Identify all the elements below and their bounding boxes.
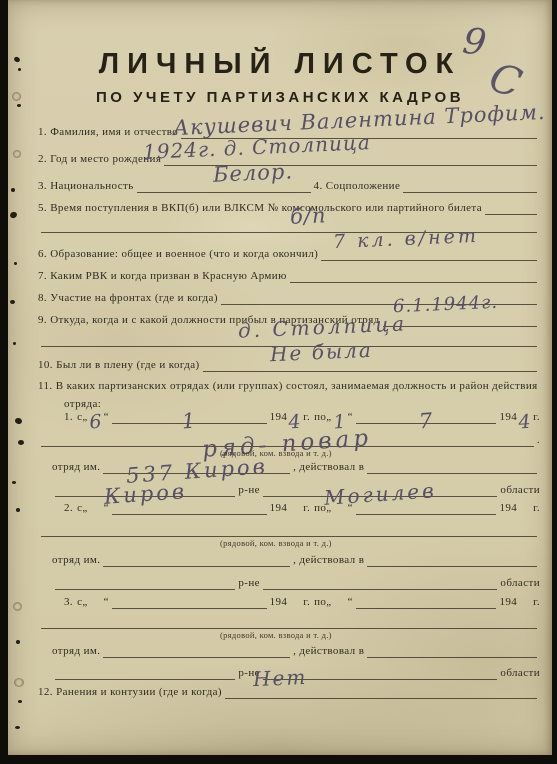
entry-1-acted-line [367,458,537,474]
entry-2-district-row: р-не области [52,573,540,590]
field-7-label: 7. Каким РВК и когда призван в Красную А… [38,270,287,283]
entry-1-to-year-suffix: г. [533,411,540,424]
punch-hole [14,678,24,687]
field-4-line [403,177,537,193]
entry-1-region-line: Могилев [263,481,498,497]
form-title: ЛИЧНЫЙ ЛИСТОК [8,48,552,81]
entry-1-to-month: 7 [418,415,435,426]
paper-sheet: 9 С ЛИЧНЫЙ ЛИСТОК ПО УЧЕТУ ПАРТИЗАНСКИХ … [8,0,552,755]
entry-1-unit-line: 537 Киров [103,458,290,474]
entry-3-number: 3. [64,596,73,609]
entry-1-acted-label: , действовал в [293,461,364,474]
entry-3-position-row [38,612,540,629]
paper-speck [14,417,22,425]
entry-1-oblast-label: области [500,484,540,497]
entry-1-to-month-line: 7 [356,408,497,424]
entry-3-acted-label: , действовал в [293,645,364,658]
paper-speck [16,640,20,644]
paper-speck [12,481,16,484]
field-12-label: 12. Ранения и контузии (где и когда) [38,686,222,699]
entry-2-district-line [55,574,235,590]
entry-1-to-year-digit: 4 [517,416,534,427]
field-11-header: 11. В каких партизанских отрядах (или гр… [38,376,540,393]
entry-1-number: 1. [64,411,73,424]
entry-1-district-line: Киров [55,481,235,497]
entry-2-from-year-digit [287,517,303,518]
paper-speck [11,188,15,192]
field-12-value: Нет [253,665,308,691]
entry-3-to-month-line [356,593,497,609]
entry-1-quote-close2: “ [348,411,353,424]
entry-2-to-day [332,517,348,518]
entry-2-from-year-prefix: 194 [270,502,288,515]
entry-3-unit-row: отряд им. , действовал в [52,641,540,658]
entry-3-unit-line [103,642,290,658]
field-7-line [290,267,537,283]
entry-1-unit-label: отряд им. [52,461,100,474]
entry-1-unit-row: отряд им. 537 Киров , действовал в [52,457,540,474]
entry-1-to-label: по [314,411,326,424]
entry-2-position-row [38,520,540,537]
field-10-value: Не была [270,338,374,366]
entry-2-rne-label: р-не [238,577,260,590]
entry-1-position-row: ряд- повар . [38,430,540,447]
field-6-label: 6. Образование: общее и военное (что и к… [38,248,318,261]
entry-2-position-line [41,521,537,537]
entry-3-from-month-line [112,593,267,609]
paper-speck [10,300,15,304]
entry-3-oblast-label: области [500,667,540,680]
entry-1-quote-close: “ [104,411,109,424]
entry-2-from-day [88,517,104,518]
entry-1-district-row: Киров р-не Могилев области [52,480,540,497]
entry-2-unit-row: отряд им. , действовал в [52,550,540,567]
paper-speck [15,726,20,729]
entry-3-caption: (рядовой, ком. взвода и т. д.) [220,630,332,640]
entry-3-district-line [55,664,235,680]
field-8-label: 8. Участие на фронтах (где и когда) [38,292,218,305]
paper-speck [16,508,20,512]
entry-2-caption: (рядовой, ком. взвода и т. д.) [220,538,332,548]
paper-speck [9,211,18,219]
entry-3-quote-close: “ [104,596,109,609]
entry-3-from-year-suffix: г. [303,596,310,609]
entry-1-from-year-prefix: 194 [270,411,288,424]
field-1-label: 1. Фамилия, имя и отчество [38,126,178,139]
entry-2-region-line [263,574,498,590]
entry-2-dates-row: 2. с „ “ 194 г. по „ “ 194 г. [64,498,540,515]
entry-1-rne-label: р-не [238,484,260,497]
scanned-document: 9 С ЛИЧНЫЙ ЛИСТОК ПО УЧЕТУ ПАРТИЗАНСКИХ … [0,0,557,764]
entry-2-quote-close: “ [104,502,109,515]
entry-2-from-year-suffix: г. [303,502,310,515]
entry-1-end-dot: . [537,434,540,447]
entry-3-quote-close2: “ [348,596,353,609]
entry-3-to-year-prefix: 194 [499,596,517,609]
entry-1-from-year-digit: 4 [287,416,304,427]
paper-speck [14,262,17,265]
entry-2-to-year-prefix: 194 [499,502,517,515]
entry-1-from-year-suffix: г. [303,411,310,424]
entry-2-quote-close2: “ [348,502,353,515]
entry-2-quote-open: „ [82,502,87,515]
paper-speck [18,700,22,703]
field-5-line [485,199,537,215]
field-4-label: 4. Соцположение [314,180,401,193]
entry-3-position-line [41,613,537,629]
entry-1-from-day: 6 [87,416,104,427]
entry-3-from-year-prefix: 194 [270,596,288,609]
field-10-label: 10. Был ли в плену (где и когда) [38,359,200,372]
entry-1-from-month-line: 1 [112,408,267,424]
entry-2-unit-label: отряд им. [52,554,100,567]
entry-3-acted-line [367,642,537,658]
paper-speck [17,104,21,107]
paper-speck [18,440,24,445]
entry-2-from-month-line [112,499,267,515]
entry-2-acted-line [367,551,537,567]
entry-3-to-label: по [314,596,326,609]
entry-3-to-year-suffix: г. [533,596,540,609]
entry-1-from-month: 1 [181,415,198,426]
entry-1-to-year-prefix: 194 [499,411,517,424]
punch-hole [13,602,22,611]
field-3-value: Белор. [213,159,294,186]
entry-2-number: 2. [64,502,73,515]
entry-3-unit-label: отряд им. [52,645,100,658]
punch-hole [13,150,21,158]
entry-1-position-line: ряд- повар [41,431,534,447]
entry-1-unit-value: 537 Киров [126,461,268,481]
entry-2-to-year-digit [517,517,533,518]
entry-3-quote-open2: „ [326,596,331,609]
field-5-label: 5. Время поступления в ВКП(б) или ВЛКСМ … [38,202,482,215]
entry-2-acted-label: , действовал в [293,554,364,567]
entry-3-dates-row: 3. с „ “ 194 г. по „ “ 194 г. [64,592,540,609]
field-7-row: 7. Каким РВК и когда призван в Красную А… [38,266,540,283]
field-11-label: 11. В каких партизанских отрядах (или гр… [38,380,538,393]
entry-2-oblast-label: области [500,577,540,590]
field-3-label: 3. Национальность [38,180,134,193]
field-5-value: б/п [289,203,326,229]
entry-2-to-month-line [356,499,497,515]
entry-2-to-year-suffix: г. [533,502,540,515]
entry-2-to-label: по [314,502,326,515]
entry-1-dates-row: 1. с „ 6 “ 1 194 4 г. по „ 1 “ 7 194 4 г… [64,407,540,424]
punch-hole [12,92,21,101]
entry-2-quote-open2: „ [326,502,331,515]
paper-speck [13,342,16,345]
entry-3-quote-open: „ [82,596,87,609]
paper-speck [18,68,21,71]
entry-2-unit-line [103,551,290,567]
